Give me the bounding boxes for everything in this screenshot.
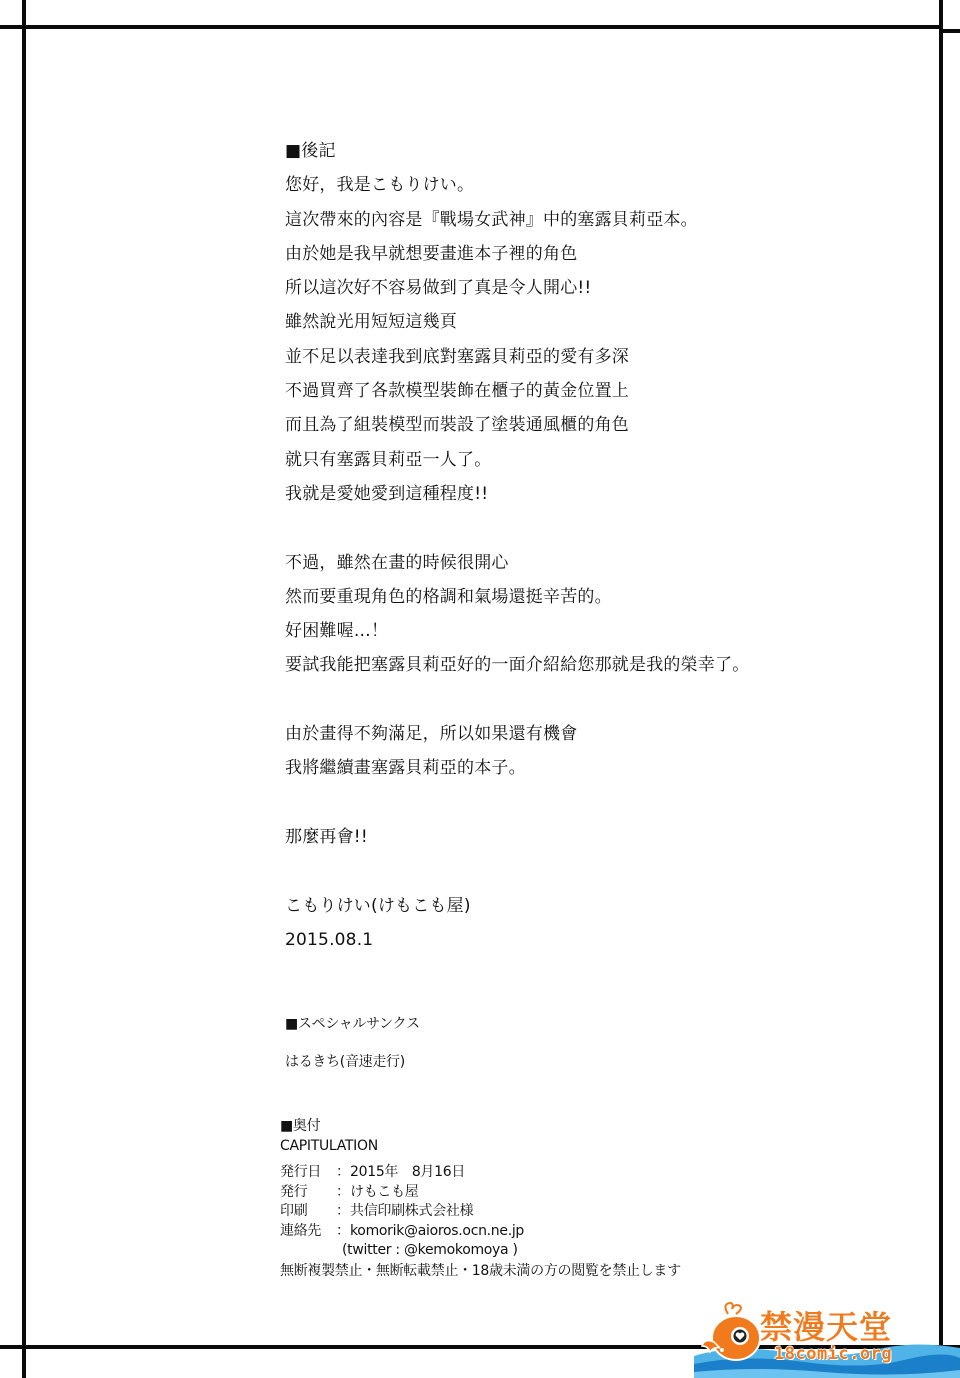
site-watermark: 禁漫天堂 18comic.org [694, 1296, 960, 1378]
frame-border-left [22, 0, 26, 1378]
colophon-separator: ： [336, 1202, 350, 1221]
afterword-line: 這次帶來的內容是『戰場女武神』中的塞露貝莉亞本。 [285, 207, 749, 241]
colophon-key: 発行 [280, 1183, 336, 1202]
afterword-blank [285, 790, 749, 824]
colophon-section: ■奥付 CAPITULATION 発行日：2015年 8月16日 発行：けもこも… [280, 1117, 681, 1281]
afterword-section: ■後記 您好，我是こもりけい。 這次帶來的內容是『戰場女武神』中的塞露貝莉亞本。… [285, 138, 749, 961]
colophon-value: 2015年 8月16日 [350, 1164, 465, 1180]
afterword-line: 並不足以表達我到底對塞露貝莉亞的愛有多深 [285, 344, 749, 378]
special-thanks-name: はるきち(音速走行) [285, 1051, 420, 1071]
afterword-blank [285, 515, 749, 549]
colophon-key: 連絡先 [280, 1222, 336, 1241]
afterword-line: 我將繼續畫塞露貝莉亞的本子。 [285, 755, 749, 789]
afterword-line: 我就是愛她愛到這種程度!! [285, 481, 749, 515]
afterword-line: 好困難喔…！ [285, 618, 749, 652]
whale-mascot-icon [698, 1302, 764, 1364]
afterword-line: 不過買齊了各款模型裝飾在櫃子的黃金位置上 [285, 378, 749, 412]
afterword-line: 您好，我是こもりけい。 [285, 172, 749, 206]
frame-border-top-right [939, 29, 960, 33]
afterword-line: 所以這次好不容易做到了真是令人開心!! [285, 275, 749, 309]
special-thanks-heading: ■スペシャルサンクス [285, 1013, 420, 1033]
colophon-key: 発行日 [280, 1163, 336, 1182]
afterword-line: 然而要重現角色的格調和氣場還挺辛苦的。 [285, 584, 749, 618]
colophon-row-contact: 連絡先：komorik@aioros.ocn.ne.jp [280, 1222, 681, 1242]
colophon-value: けもこも屋 [350, 1184, 419, 1200]
colophon-key: 印刷 [280, 1202, 336, 1221]
afterword-line: 由於畫得不夠滿足，所以如果還有機會 [285, 721, 749, 755]
frame-border-top [0, 25, 940, 29]
colophon-value: 共信印刷株式会社様 [350, 1203, 473, 1219]
colophon-title: CAPITULATION [280, 1137, 681, 1157]
afterword-line: 就只有塞露貝莉亞一人了。 [285, 447, 749, 481]
author-signature: こもりけい(けもこも屋) [285, 893, 749, 927]
copyright-warning: 無断複製禁止・無断転載禁止・18歳未満の方の閲覧を禁止します [280, 1262, 681, 1282]
afterword-line: 不過，雖然在畫的時候很開心 [285, 550, 749, 584]
afterword-line: 而且為了組裝模型而裝設了塗裝通風櫃的角色 [285, 412, 749, 446]
watermark-title: 禁漫天堂 [760, 1302, 892, 1348]
colophon-heading: ■奥付 [280, 1117, 681, 1137]
colophon-row-publish-date: 発行日：2015年 8月16日 [280, 1163, 681, 1183]
colophon-separator: ： [336, 1163, 350, 1182]
special-thanks-section: ■スペシャルサンクス はるきち(音速走行) [285, 1013, 420, 1071]
afterword-heading: ■後記 [285, 138, 749, 172]
afterword-line: 由於她是我早就想要畫進本子裡的角色 [285, 241, 749, 275]
frame-border-right [939, 0, 943, 1378]
afterword-date: 2015.08.1 [285, 927, 749, 961]
colophon-separator: ： [336, 1183, 350, 1202]
afterword-line: 雖然說光用短短這幾頁 [285, 309, 749, 343]
watermark-url: 18comic.org [774, 1344, 892, 1364]
colophon-row-printer: 印刷：共信印刷株式会社様 [280, 1202, 681, 1222]
colophon-separator: ： [336, 1222, 350, 1241]
afterword-blank [285, 687, 749, 721]
contact-email: komorik@aioros.ocn.ne.jp [350, 1223, 524, 1239]
afterword-line: 那麼再會!! [285, 824, 749, 858]
contact-twitter: (twitter : @kemokomoya ) [280, 1241, 681, 1261]
afterword-blank [285, 858, 749, 892]
afterword-line: 要試我能把塞露貝莉亞好的一面介紹給您那就是我的榮幸了。 [285, 652, 749, 686]
colophon-row-publisher: 発行：けもこも屋 [280, 1183, 681, 1203]
